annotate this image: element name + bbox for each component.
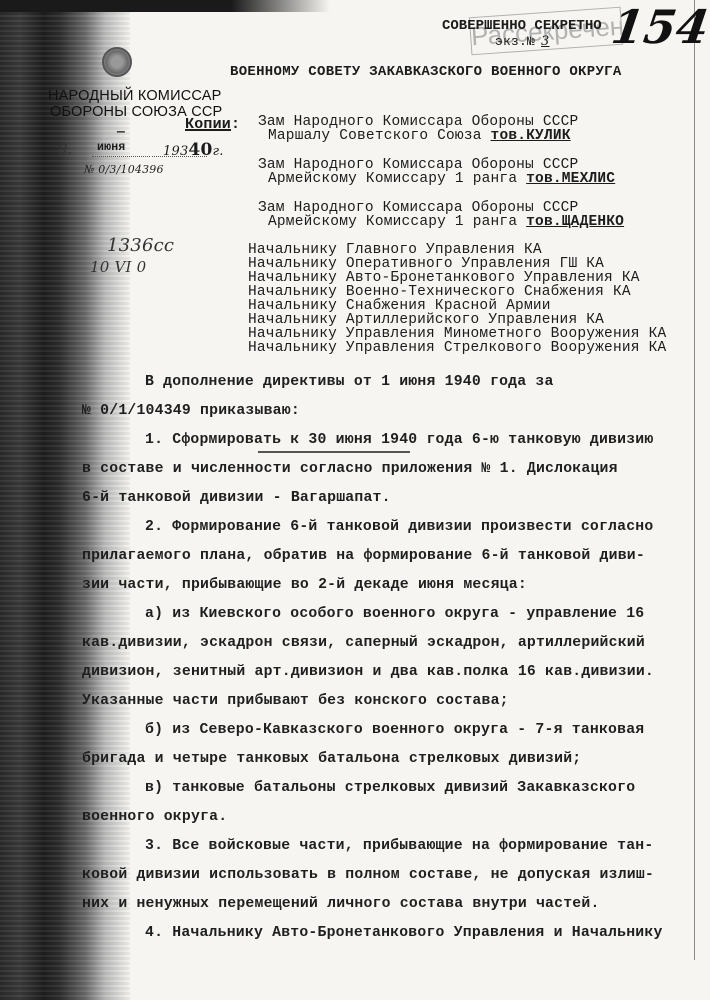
copy-recipient-2-name: тов.МЕХЛИС (526, 171, 615, 187)
copy-label: экз.№ (495, 34, 535, 49)
chief-recipient: Начальнику Авто-Бронетанкового Управлени… (248, 271, 640, 285)
copy-recipient-1-line2: Маршалу Советского Союза тов.КУЛИК (268, 128, 571, 144)
month-line (92, 156, 150, 157)
body-line: б) из Северо-Кавказского военного округа… (145, 722, 644, 738)
copy-recipient-1-name: тов.КУЛИК (491, 128, 571, 144)
date-month: июня (97, 141, 125, 154)
handwritten-reg-date: 10 VI 0 (90, 258, 146, 276)
body-line: 1. Сформировать к 30 июня 1940 года 6-ю … (145, 432, 653, 448)
body-line: в составе и численности согласно приложе… (82, 461, 618, 477)
body-line: ковой дивизии использовать в полном сост… (82, 867, 654, 883)
copy-number-value: 3 (541, 34, 549, 49)
body-line: 3. Все войсковые части, прибывающие на ф… (145, 838, 653, 854)
year-suffix: 40 (188, 140, 212, 160)
handwritten-reg-number: 1336сс (107, 235, 174, 256)
document-page: Рассекречено СОВЕРШЕННО СЕКРЕТНО экз.№3 … (0, 0, 710, 1000)
chief-recipient: Начальнику Артиллерийского Управления КА (248, 313, 604, 327)
date-year: 19340г. (163, 140, 224, 160)
body-line: а) из Киевского особого военного округа … (145, 606, 644, 622)
body-line: зии части, прибывающие во 2-й декаде июн… (82, 577, 527, 593)
body-line: В дополнение директивы от 1 июня 1940 го… (145, 374, 554, 390)
body-line: 2. Формирование 6-й танковой дивизии про… (145, 519, 653, 535)
handwritten-underline (258, 451, 410, 453)
registration-number: № 0/3/104396 (84, 163, 164, 176)
body-line: 4. Начальнику Авто-Бронетанкового Управл… (145, 925, 663, 941)
body-line: 6-й танковой дивизии - Вагаршапат. (82, 490, 391, 506)
copy-recipient-3-title: Армейскому Комиссару 1 ранга (268, 214, 517, 230)
sender-org-line1: НАРОДНЫЙ КОМИССАР (48, 88, 221, 104)
body-line: бригада и четыре танковых батальона стре… (82, 751, 581, 767)
margin-rule (694, 0, 695, 960)
copy-recipient-2-title: Армейскому Комиссару 1 ранга (268, 171, 517, 187)
body-line: № 0/1/104349 приказываю: (82, 403, 300, 419)
body-line: прилагаемого плана, обратив на формирова… (82, 548, 645, 564)
copy-number: экз.№3 (495, 34, 550, 49)
chief-recipient: Начальнику Оперативного Управления ГШ КА (248, 257, 604, 271)
copy-recipient-2-line2: Армейскому Комиссару 1 ранга тов.МЕХЛИС (268, 171, 615, 187)
body-line: в) танковые батальоны стрелковых дивизий… (145, 780, 635, 796)
date-day: 9. (58, 140, 73, 158)
copy-recipient-3-name: тов.ЩАДЕНКО (526, 214, 624, 230)
scan-shadow-top (0, 0, 330, 12)
chief-recipient: Начальнику Военно-Технического Снабжения… (248, 285, 631, 299)
secrecy-label: СОВЕРШЕННО СЕКРЕТНО (442, 18, 602, 34)
year-g: г. (212, 144, 223, 159)
sender-dash: — (117, 124, 125, 139)
body-line: них и ненужных перемещений личного соста… (82, 896, 600, 912)
body-line: военного округа. (82, 809, 227, 825)
folio-number: 154 (608, 0, 710, 54)
ussr-emblem-icon (102, 47, 132, 77)
main-addressee: ВОЕННОМУ СОВЕТУ ЗАКАВКАЗСКОГО ВОЕННОГО О… (230, 64, 622, 80)
chief-recipient: Начальнику Управления Стрелкового Вооруж… (248, 341, 666, 355)
chief-recipient: Начальнику Управления Минометного Вооруж… (248, 327, 666, 341)
body-line: Указанные части прибывают без конского с… (82, 693, 509, 709)
copy-recipient-3-line2: Армейскому Комиссару 1 ранга тов.ЩАДЕНКО (268, 214, 624, 230)
copies-label: Копии: (185, 116, 240, 133)
year-prefix: 193 (163, 144, 188, 159)
chief-recipient: Начальнику Главного Управления КА (248, 243, 542, 257)
copy-recipient-1-title: Маршалу Советского Союза (268, 128, 482, 144)
body-line: дивизион, зенитный арт.дивизион и два ка… (82, 664, 654, 680)
body-line: кав.дивизии, эскадрон связи, саперный эс… (82, 635, 645, 651)
copies-label-text: Копии (185, 116, 231, 133)
chief-recipient: Начальнику Снабжения Красной Армии (248, 299, 551, 313)
